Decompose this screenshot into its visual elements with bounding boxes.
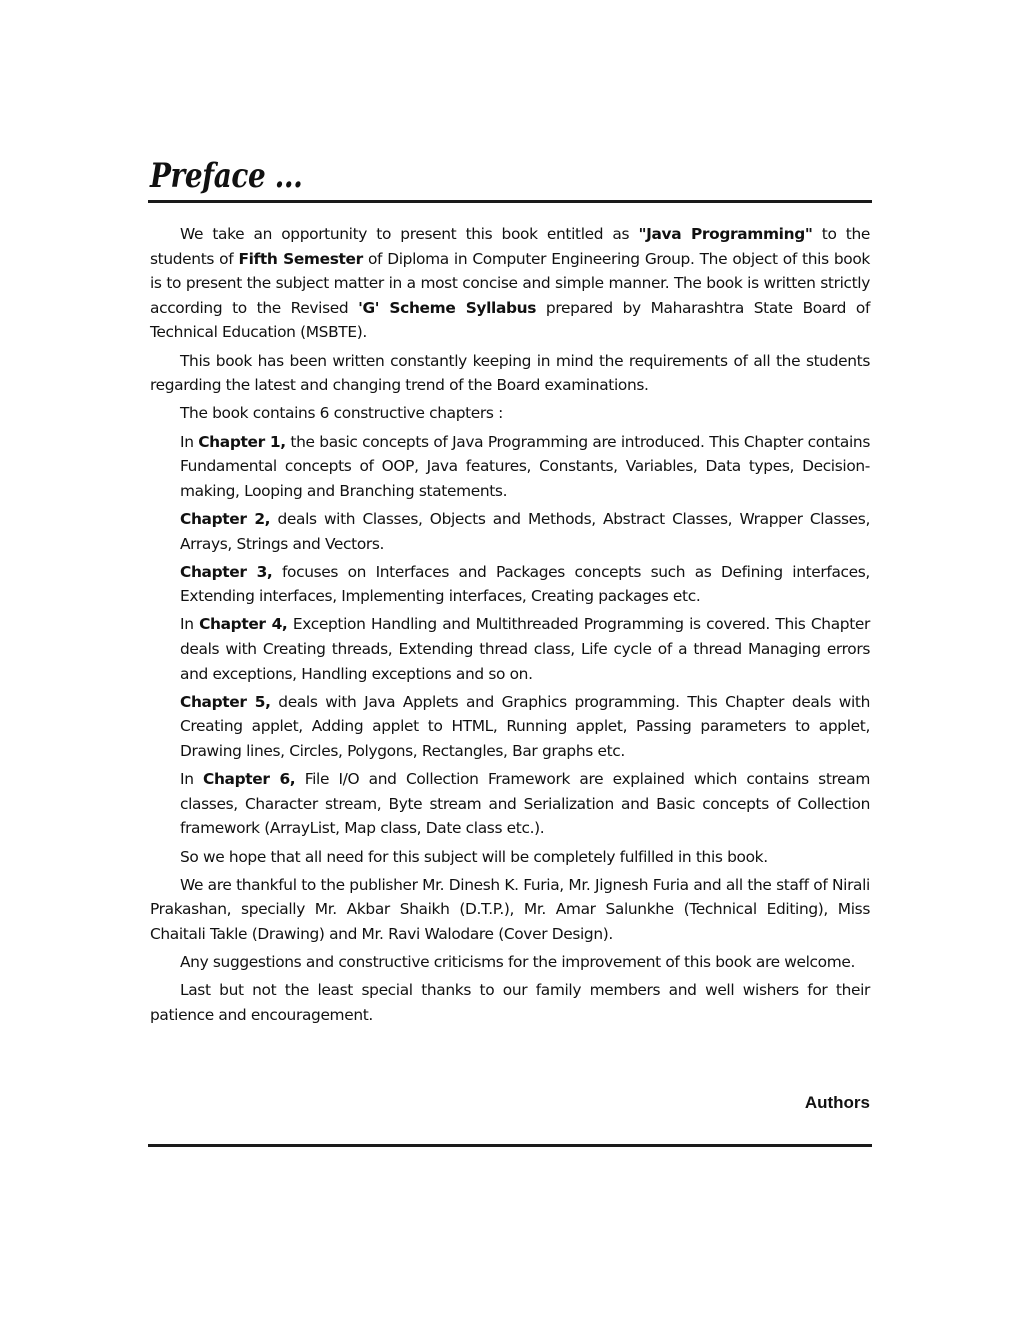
preface-body: We take an opportunity to present this b… [150,222,870,1031]
chapter-3-summary: Chapter 3, focuses on Interfaces and Pac… [180,560,870,609]
text: In [180,433,198,451]
chapter-5-summary: Chapter 5, deals with Java Applets and G… [180,690,870,764]
paragraph-hope: So we hope that all need for this subjec… [180,845,870,870]
paragraph-chapters-intro: The book contains 6 constructive chapter… [180,401,870,426]
chapter-2-summary: Chapter 2, deals with Classes, Objects a… [180,507,870,556]
paragraph-thanks-publisher: We are thankful to the publisher Mr. Din… [150,873,870,947]
chapter-1-summary: In Chapter 1, the basic concepts of Java… [180,430,870,504]
chapter-label: Chapter 2, [180,510,270,528]
text: focuses on Interfaces and Packages conce… [180,563,870,606]
chapter-4-summary: In Chapter 4, Exception Handling and Mul… [180,612,870,686]
chapter-6-summary: In Chapter 6, File I/O and Collection Fr… [180,767,870,841]
page-title: Preface ... [150,156,302,196]
syllabus: 'G' Scheme Syllabus [358,299,536,317]
semester: Fifth Semester [238,250,362,268]
chapter-label: Chapter 6, [203,770,295,788]
intro-paragraph: We take an opportunity to present this b… [150,222,870,345]
footer-divider [148,1144,872,1147]
text: In [180,615,199,633]
chapter-label: Chapter 1, [198,433,286,451]
title-divider [148,200,872,203]
text: In [180,770,203,788]
paragraph-requirements: This book has been written constantly ke… [150,349,870,398]
book-title: "Java Programming" [638,225,812,243]
chapter-label: Chapter 4, [199,615,287,633]
text: deals with Java Applets and Graphics pro… [180,693,870,760]
text: We take an opportunity to present this b… [180,225,638,243]
text: deals with Classes, Objects and Methods,… [180,510,870,553]
paragraph-thanks-family: Last but not the least special thanks to… [150,978,870,1027]
paragraph-suggestions: Any suggestions and constructive critici… [150,950,870,975]
signature: Authors [805,1093,870,1113]
document-page: Preface ... We take an opportunity to pr… [0,0,1020,1320]
chapter-label: Chapter 3, [180,563,272,581]
chapter-label: Chapter 5, [180,693,271,711]
